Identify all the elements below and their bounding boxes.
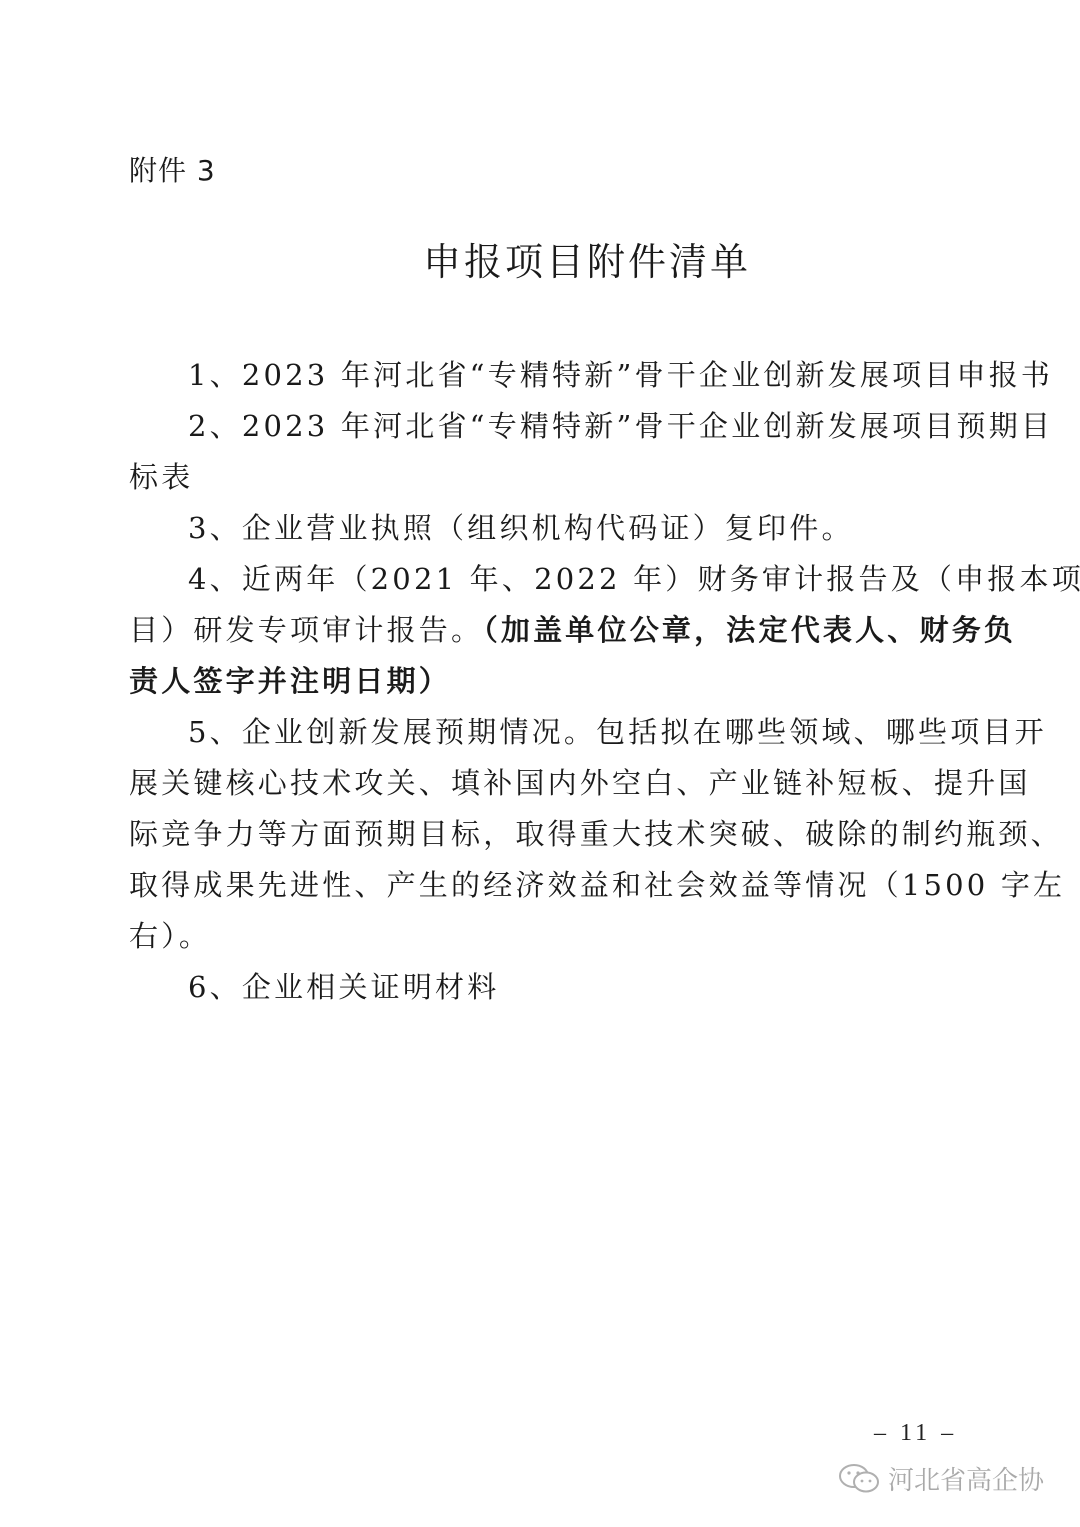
wechat-icon xyxy=(838,1463,882,1495)
watermark: 河北省高企协 xyxy=(838,1460,1044,1497)
list-line: 取得成果先进性、产生的经济效益和社会效益等情况（1500 字左 xyxy=(129,867,1065,903)
list-line: 2、2023 年河北省“专精特新”骨干企业创新发展项目预期目 xyxy=(188,408,1053,444)
list-line: 1、2023 年河北省“专精特新”骨干企业创新发展项目申报书 xyxy=(188,357,1053,393)
list-line: 展关键核心技术攻关、填补国内外空白、产业链补短板、提升国 xyxy=(129,765,1031,801)
attachment-label: 附件 3 xyxy=(129,153,216,189)
line-bold-text: （加盖单位公章，法定代表人、财务负 xyxy=(483,613,1016,647)
list-line: 4、近两年（2021 年、2022 年）财务审计报告及（申报本项 xyxy=(188,561,1080,597)
list-line: 标表 xyxy=(129,459,193,495)
list-line: 3、企业营业执照（组织机构代码证）复印件。 xyxy=(188,510,854,546)
list-line: 际竞争力等方面预期目标，取得重大技术突破、破除的制约瓶颈、 xyxy=(129,816,1063,852)
list-line: 右）。 xyxy=(129,918,211,954)
list-line: 6、企业相关证明材料 xyxy=(188,969,499,1005)
document-title: 申报项目附件清单 xyxy=(423,244,751,280)
page-number: – 11 – xyxy=(874,1420,957,1447)
list-line: 责人签字并注明日期） xyxy=(129,663,451,699)
line-text: 目）研发专项审计报告。 xyxy=(129,613,483,647)
list-line: 目）研发专项审计报告。（加盖单位公章，法定代表人、财务负 xyxy=(129,612,1016,648)
list-line: 5、企业创新发展预期情况。包括拟在哪些领域、哪些项目开 xyxy=(188,714,1047,750)
watermark-text: 河北省高企协 xyxy=(888,1460,1044,1497)
